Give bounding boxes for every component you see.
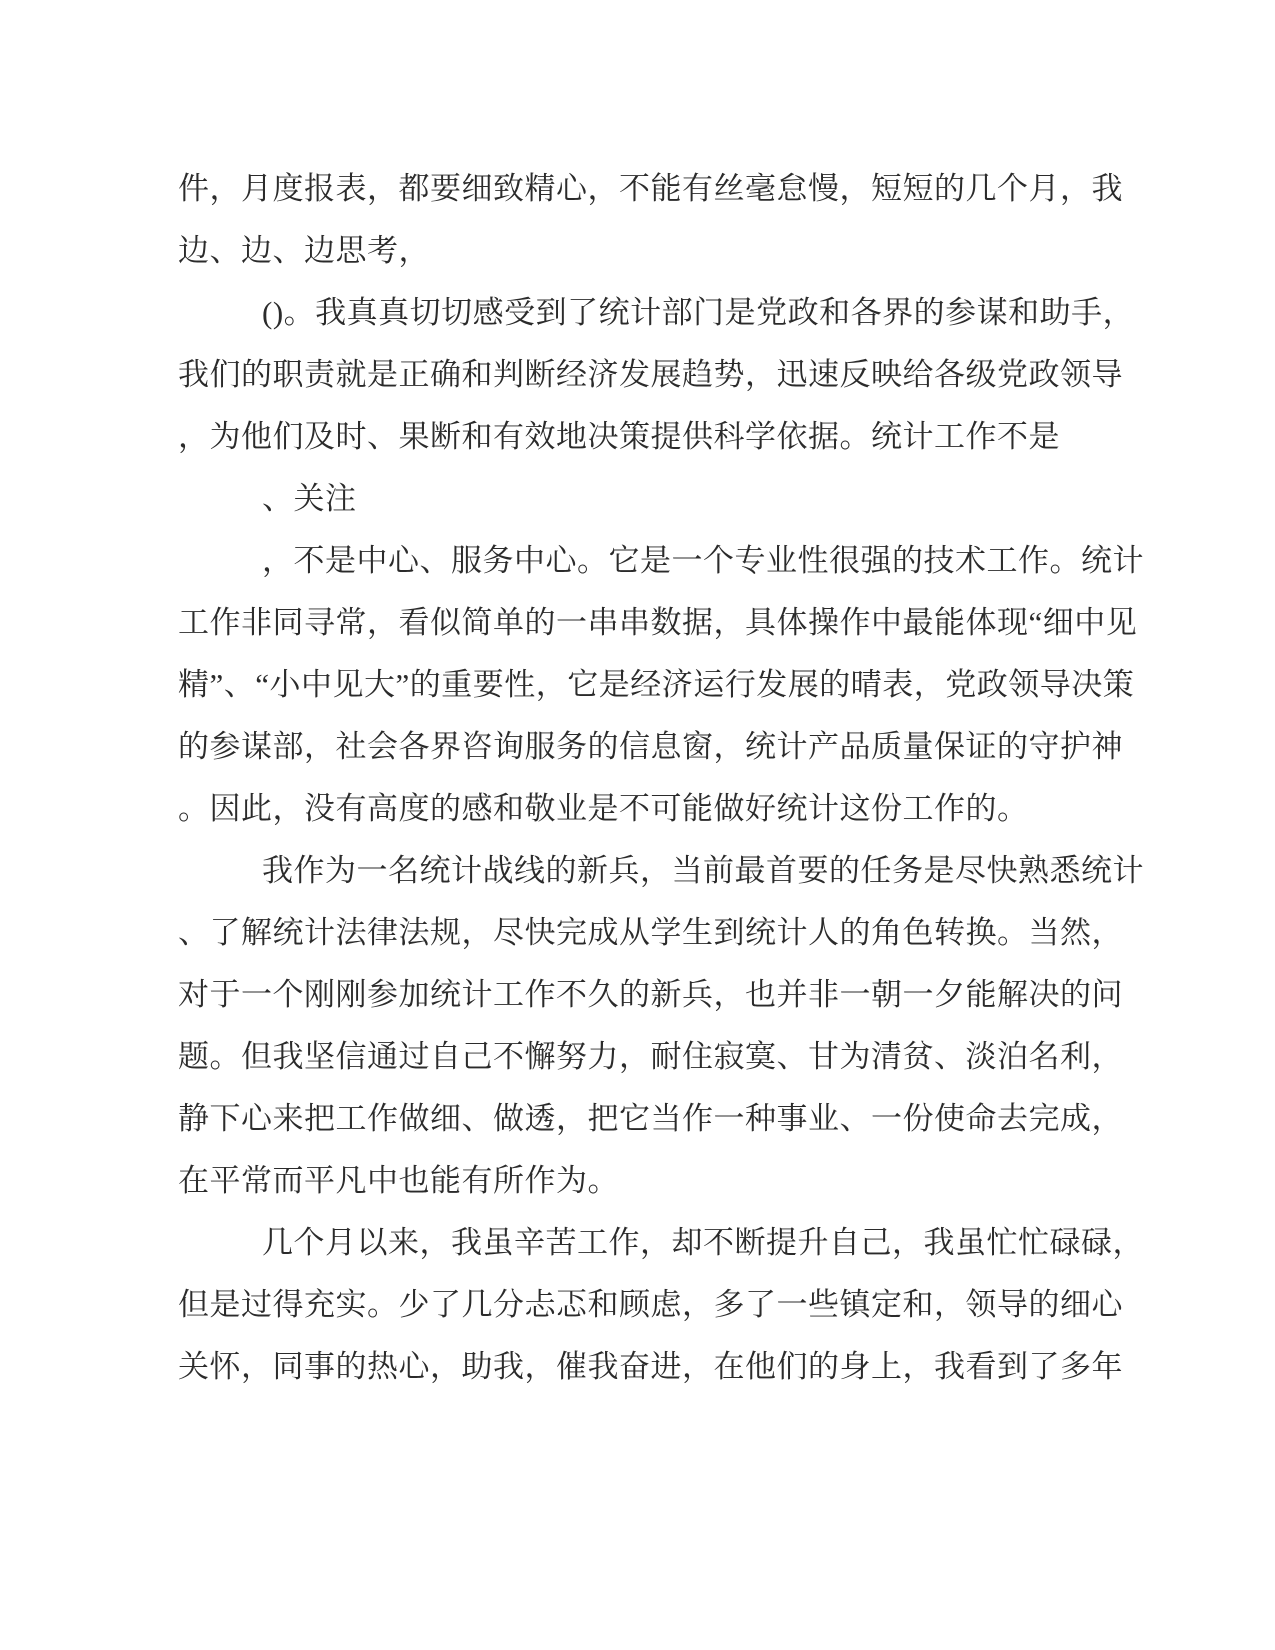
- text-line: 边、边、边思考，: [178, 220, 1100, 282]
- text-line: 件，月度报表，都要细致精心，不能有丝毫怠慢，短短的几个月，我: [178, 158, 1100, 220]
- text-line: 几个月以来，我虽辛苦工作，却不断提升自己，我虽忙忙碌碌，: [178, 1212, 1100, 1274]
- text-line: 我们的职责就是正确和判断经济发展趋势，迅速反映给各级党政领导: [178, 344, 1100, 406]
- text-line: 、了解统计法律法规，尽快完成从学生到统计人的角色转换。当然，: [178, 902, 1100, 964]
- text-line: 但是过得充实。少了几分忐忑和顾虑，多了一些镇定和，领导的细心: [178, 1274, 1100, 1336]
- text-line: 精”、“小中见大”的重要性，它是经济运行发展的晴表，党政领导决策: [178, 654, 1100, 716]
- text-line: 我作为一名统计战线的新兵，当前最首要的任务是尽快熟悉统计: [178, 840, 1100, 902]
- text-line: 在平常而平凡中也能有所作为。: [178, 1150, 1100, 1212]
- text-line: 静下心来把工作做细、做透，把它当作一种事业、一份使命去完成，: [178, 1088, 1100, 1150]
- text-line: 、关注: [178, 468, 1100, 530]
- text-line: 题。但我坚信通过自己不懈努力，耐住寂寞、甘为清贫、淡泊名利，: [178, 1026, 1100, 1088]
- text-line: ()。我真真切切感受到了统计部门是党政和各界的参谋和助手，: [178, 282, 1100, 344]
- text-line: ，不是中心、服务中心。它是一个专业性很强的技术工作。统计: [178, 530, 1100, 592]
- text-line: 关怀，同事的热心，助我，催我奋进，在他们的身上，我看到了多年: [178, 1336, 1100, 1398]
- text-line: ，为他们及时、果断和有效地决策提供科学依据。统计工作不是: [178, 406, 1100, 468]
- text-line: 。因此，没有高度的感和敬业是不可能做好统计这份工作的。: [178, 778, 1100, 840]
- document-page: 件，月度报表，都要细致精心，不能有丝毫怠慢，短短的几个月，我 边、边、边思考， …: [0, 0, 1275, 1650]
- text-line: 对于一个刚刚参加统计工作不久的新兵，也并非一朝一夕能解决的问: [178, 964, 1100, 1026]
- text-line: 工作非同寻常，看似简单的一串串数据，具体操作中最能体现“细中见: [178, 592, 1100, 654]
- text-line: 的参谋部，社会各界咨询服务的信息窗，统计产品质量保证的守护神: [178, 716, 1100, 778]
